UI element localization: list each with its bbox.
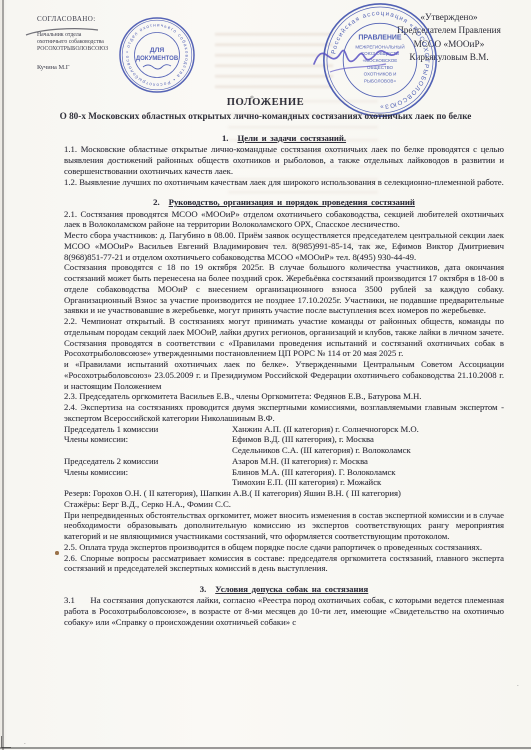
commission-role xyxy=(64,445,232,456)
scan-speck: . xyxy=(24,738,26,746)
commission-table: Председатель 1 комиссииХанжин А.П. (II к… xyxy=(64,424,504,489)
paragraph-2-5: 2.5. Оплата труда экспертов производится… xyxy=(64,542,504,553)
commission-row: Седельников С.А. (III категория) г. Воло… xyxy=(64,445,504,456)
scan-edge-bottom xyxy=(0,747,531,749)
small-stamp-scribble xyxy=(143,65,171,69)
commission-member: Блинов М.А. (III категория). Г. Волокола… xyxy=(232,467,504,478)
commission-role: Председатель 2 комиссии xyxy=(64,456,232,467)
scanned-document-page: СОГЛАСОВАНО: Начальник отдела охотничьег… xyxy=(0,0,531,750)
section-1-heading: 1.Цели и задачи состязаний. xyxy=(64,133,504,144)
commission-member: Азаров М.Н. (II категория) г. Москва xyxy=(232,456,504,467)
signature-scribble-icon xyxy=(300,26,425,90)
section-1-number: 1. xyxy=(222,133,229,143)
margin-dot-artifact xyxy=(55,551,59,555)
section-1-title: Цели и задачи состязаний. xyxy=(237,133,346,143)
document-title: ПОЛОЖЕНИЕ xyxy=(0,97,531,108)
section-3-number: 3. xyxy=(200,584,207,594)
commission-row: Председатель 2 комиссииАзаров М.Н. (II к… xyxy=(64,456,504,467)
commission-row: Члены комиссии:Блинов М.А. (III категори… xyxy=(64,467,504,478)
section-3-title: Условия допуска собак на состязания xyxy=(215,584,368,594)
paragraph-2-1a: 2.1. Состязания проводятся МСОО «МООиР» … xyxy=(64,209,504,231)
scan-speck: . xyxy=(517,680,519,688)
paragraph-1-2: 1.2. Выявление лучших по охотничьим каче… xyxy=(64,177,504,188)
reserve-line: Резерв: Горохов О.Н. ( II категория), Ша… xyxy=(64,488,504,499)
document-body: 1.Цели и задачи состязаний. 1.1. Московс… xyxy=(64,133,504,628)
commission-member: Ханжин А.П. (II категория) г. Солнечного… xyxy=(232,424,504,435)
paragraph-2-6: 2.6. Спорные вопросы рассматривает комис… xyxy=(64,553,504,575)
small-stamp-center-line1: ДЛЯ xyxy=(150,47,165,54)
commission-role: Члены комиссии: xyxy=(64,434,232,445)
paragraph-3-1: 3.1 На состязания допускаются лайки, сог… xyxy=(64,595,504,627)
paragraph-2-4b: При непредвиденных обстоятельствах оргко… xyxy=(64,510,504,542)
for-documents-stamp-icon: • отдел охотничьего собаководства • Росо… xyxy=(116,14,198,96)
commission-role xyxy=(64,477,232,488)
paragraph-2-1c: Состязания проводятся с 18 по 19 октября… xyxy=(64,262,504,316)
paragraph-2-2a: 2.2. Чемпионат открытый. В состязаниях м… xyxy=(64,316,504,338)
section-2-title: Руководство, организация и порядок прове… xyxy=(169,197,415,207)
commission-role: Председатель 1 комиссии xyxy=(64,424,232,435)
commission-row: Председатель 1 комиссииХанжин А.П. (II к… xyxy=(64,424,504,435)
commission-role: Члены комиссии: xyxy=(64,467,232,478)
interns-line: Стажёры: Берг В.Д., Серко Н.А., Фомин С.… xyxy=(64,499,504,510)
commission-member: Тимохин Е.П. (III категория) г. Можайск xyxy=(232,477,504,488)
paragraph-2-2c: и «Правилами испытаний охотничьих лаек п… xyxy=(64,359,504,391)
commission-row: Члены комиссии:Ефимов В.Д. (III категори… xyxy=(64,434,504,445)
paragraph-2-3: 2.3. Председатель оргкомитета Васильев Е… xyxy=(64,391,504,402)
paragraph-2-1b: Место сбора участников: д. Пагубино в 08… xyxy=(64,230,504,262)
paragraph-2-4: 2.4. Экспертиза на состязаниях проводитс… xyxy=(64,402,504,424)
paragraph-2-2b: Состязания проводятся в соответствии с «… xyxy=(64,338,504,360)
small-stamp-center-line2: ДОКУМЕНТОВ xyxy=(136,56,179,62)
paragraph-1-1: 1.1. Московские областные открытые лично… xyxy=(64,144,504,176)
section-2-number: 2. xyxy=(153,197,160,207)
section-3-heading: 3.Условия допуска собак на состязания xyxy=(64,584,504,595)
document-header: СОГЛАСОВАНО: Начальник отдела охотничьег… xyxy=(0,0,531,100)
section-2-heading: 2.Руководство, организация и порядок про… xyxy=(64,197,504,208)
scan-corner-artifact xyxy=(1,736,11,748)
commission-member: Ефимов В.Д. (III категория), г. Москва xyxy=(232,434,504,445)
document-subtitle: О 80-х Московских областных открытых лич… xyxy=(0,111,531,121)
commission-row: Тимохин Е.П. (III категория) г. Можайск xyxy=(64,477,504,488)
commission-member: Седельников С.А. (III категория) г. Воло… xyxy=(232,445,504,456)
